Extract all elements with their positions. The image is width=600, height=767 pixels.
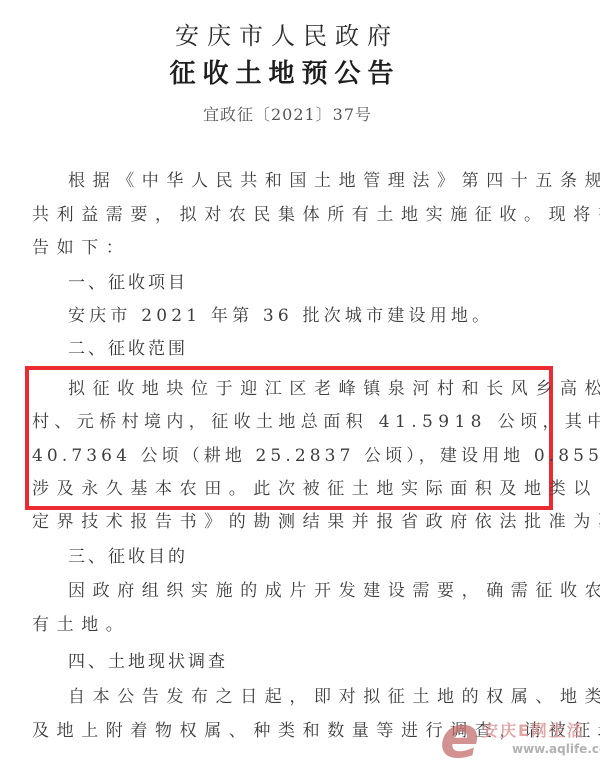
- watermark-logo-icon: e: [440, 712, 479, 762]
- issuing-organization: 安庆市人民政府: [0, 16, 600, 51]
- intro-line: 根据《中华人民共和国土地管理法》第四十五条规定，因公: [68, 170, 588, 192]
- section-body-line: 自本公告发布之日起，即对拟征土地的权属、地类、面积以: [68, 686, 588, 708]
- site-watermark: e 安庆E网生活 www.aqlife.com: [440, 712, 600, 767]
- intro-line: 告如下：: [32, 237, 552, 259]
- watermark-site-name: 安庆E网生活: [482, 718, 585, 741]
- section-heading-project: 一、征收项目: [68, 272, 588, 294]
- section-body-line: 定界技术报告书》的勘测结果并报省政府依法批准为准。: [32, 511, 552, 533]
- section-body-line: 涉及永久基本农田。此次被征土地实际面积及地类以《土地勘测: [32, 478, 552, 500]
- notice-title: 征收土地预公告: [0, 53, 600, 90]
- section-body-line: 村、元桥村境内，征收土地总面积 41.5918 公顷，其中农用地: [32, 411, 552, 433]
- watermark-url: www.aqlife.com: [512, 742, 600, 756]
- section-heading-scope: 二、征收范围: [68, 338, 588, 360]
- section-body-line: 因政府组织实施的成片开发建设需要，确需征收农民集体所: [68, 580, 588, 602]
- section-body-line: 安庆市 2021 年第 36 批次城市建设用地。: [68, 305, 588, 327]
- document-number: 宜政征〔2021〕37号: [0, 102, 600, 125]
- section-body-line: 有土地。: [32, 614, 552, 636]
- intro-line: 共利益需要，拟对农民集体所有土地实施征收。现将有关事项公: [32, 204, 552, 226]
- section-heading-purpose: 三、征收目的: [68, 546, 588, 568]
- section-heading-survey: 四、土地现状调查: [68, 651, 588, 673]
- section-body-line: 拟征收地块位于迎江区老峰镇泉河村和长风乡高松村、柘山: [68, 378, 588, 400]
- section-body-line: 40.7364 公顷（耕地 25.2837 公顷），建设用地 0.8554 公顷…: [32, 445, 552, 467]
